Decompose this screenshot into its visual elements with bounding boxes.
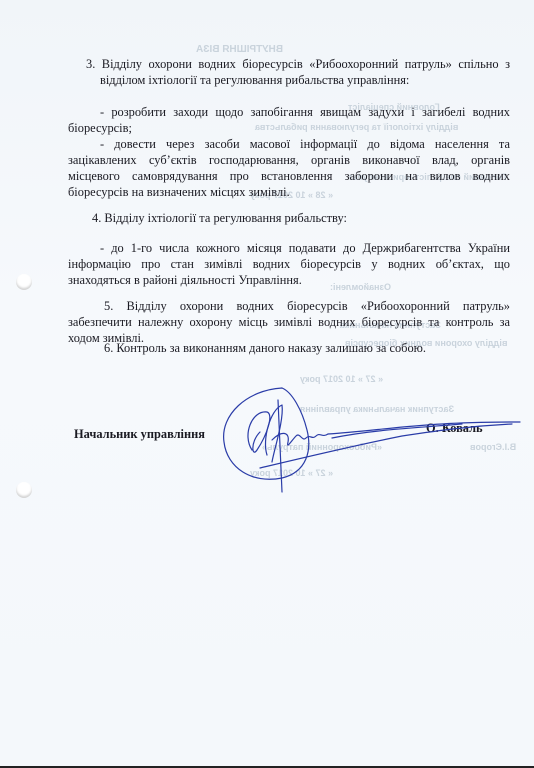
bullet-4a-line-3: знаходяться в районі діяльності Управлін… — [68, 272, 302, 288]
scanned-page: ВНУТРІШНЯ ВІЗА Головний спеціаліст відді… — [0, 0, 534, 766]
paragraph-3-line-2: відділом іхтіології та регулювання рибал… — [100, 72, 409, 88]
handwritten-signature — [212, 380, 522, 495]
punch-hole-bottom — [16, 482, 32, 498]
bullet-3b-line-2: зацікавлених суб’єктів господарювання, о… — [68, 152, 510, 168]
paragraph-3-line-1: 3. Відділу охорони водних біоресурсів «Р… — [86, 56, 510, 72]
signatory-title: Начальник управління — [74, 426, 205, 442]
bullet-3a-line-1: - розробити заходи щодо запобігання явищ… — [100, 104, 510, 120]
paragraph-5-line-1: 5. Відділу охорони водних біоресурсів «Р… — [104, 298, 510, 314]
bleed-line: Ознайомлені: — [330, 282, 391, 292]
punch-hole-top — [16, 274, 32, 290]
bleed-heading: ВНУТРІШНЯ ВІЗА — [196, 44, 283, 55]
paragraph-6-line-1: 6. Контроль за виконанням даного наказу … — [104, 340, 426, 356]
bleed-line: відділу іхтіології та регулювання рибаль… — [255, 122, 458, 132]
paragraph-5-line-2: забезпечити належну охорону місць зимівл… — [68, 314, 510, 330]
bullet-4a-line-1: - до 1-го числа кожного місяця подавати … — [100, 240, 510, 256]
bullet-4a-line-2: інформацію про стан зимівлі водних біоре… — [68, 256, 510, 272]
paragraph-4-line-1: 4. Відділу іхтіології та регулювання риб… — [92, 210, 347, 226]
bullet-3b-line-4: біоресурсів на визначених місцях зимівлі… — [68, 184, 290, 200]
bullet-3b-line-1: - довести через засоби масової інформаці… — [100, 136, 510, 152]
bullet-3b-line-3: місцевого самоврядування про встановленн… — [68, 168, 510, 184]
bullet-3a-line-2: біоресурсів; — [68, 120, 132, 136]
